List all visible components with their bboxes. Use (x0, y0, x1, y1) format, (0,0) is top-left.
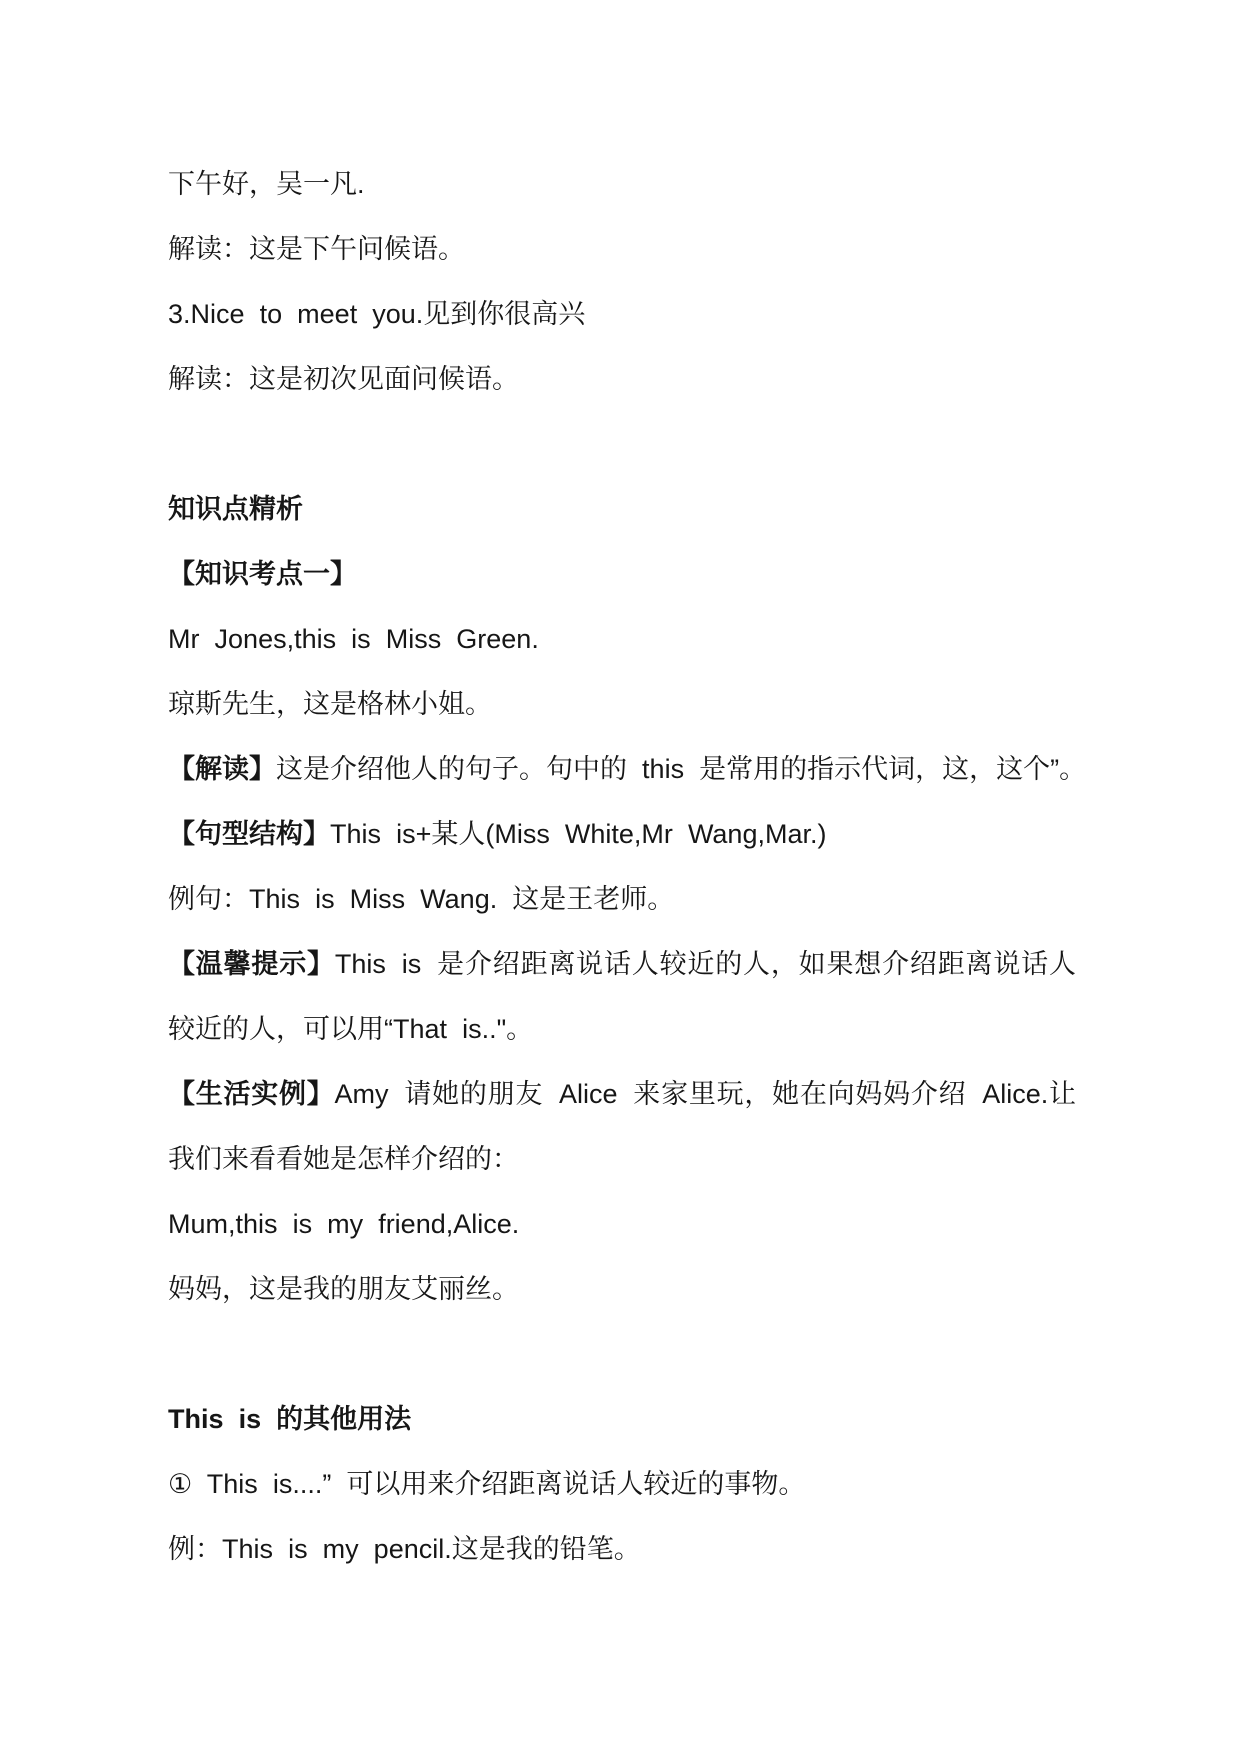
bracket-label-warm-tip: 【温馨提示】 (168, 949, 335, 979)
paragraph-life-example: 【生活实例】Amy 请她的朋友 Alice 来家里玩，她在向妈妈介绍 Alice… (168, 1062, 1076, 1192)
section-heading-knowledge-point-1: 【知识考点一】 (168, 542, 1076, 607)
document-page: 下午好，吴一凡. 解读：这是下午问候语。 3.Nice to meet you.… (0, 0, 1241, 1754)
example-sentence-cn: 琼斯先生，这是格林小姐。 (168, 672, 1076, 737)
sentence-pattern-text: This is+某人(Miss White,Mr Wang,Mar.) (330, 819, 826, 849)
example-sentence-en: Mr Jones,this is Miss Green. (168, 607, 1076, 672)
greeting-annotation: 解读：这是下午问候语。 (168, 217, 1076, 282)
paragraph-sentence-pattern: 【句型结构】This is+某人(Miss White,Mr Wang,Mar.… (168, 802, 1076, 867)
life-example-sentence-cn: 妈妈，这是我的朋友艾丽丝。 (168, 1257, 1076, 1322)
phrase-nice-to-meet-you: 3.Nice to meet you.见到你很高兴 (168, 282, 1076, 347)
example-sentence-miss-wang: 例句：This is Miss Wang. 这是王老师。 (168, 867, 1076, 932)
bracket-label-sentence-pattern: 【句型结构】 (168, 819, 330, 849)
bracket-label-interpretation: 【解读】 (168, 754, 276, 784)
paragraph-interpretation: 【解读】这是介绍他人的句子。句中的 this 是常用的指示代词，这，这个”。 (168, 737, 1076, 802)
section-heading-other-usage: This is 的其他用法 (168, 1387, 1076, 1452)
bracket-label-life-example: 【生活实例】 (168, 1079, 335, 1109)
greeting-line-cn: 下午好，吴一凡. (168, 152, 1076, 217)
life-example-sentence-en: Mum,this is my friend,Alice. (168, 1192, 1076, 1257)
paragraph-warm-tip: 【温馨提示】This is 是介绍距离说话人较近的人，如果想介绍距离说话人较近的… (168, 932, 1076, 1062)
interpretation-text: 这是介绍他人的句子。句中的 this 是常用的指示代词，这，这个”。 (276, 754, 1086, 784)
phrase-annotation: 解读：这是初次见面问候语。 (168, 347, 1076, 412)
section-heading-knowledge-analysis: 知识点精析 (168, 477, 1076, 542)
other-usage-point-1: ① This is....” 可以用来介绍距离说话人较近的事物。 (168, 1452, 1076, 1517)
other-usage-example: 例：This is my pencil.这是我的铅笔。 (168, 1517, 1076, 1582)
